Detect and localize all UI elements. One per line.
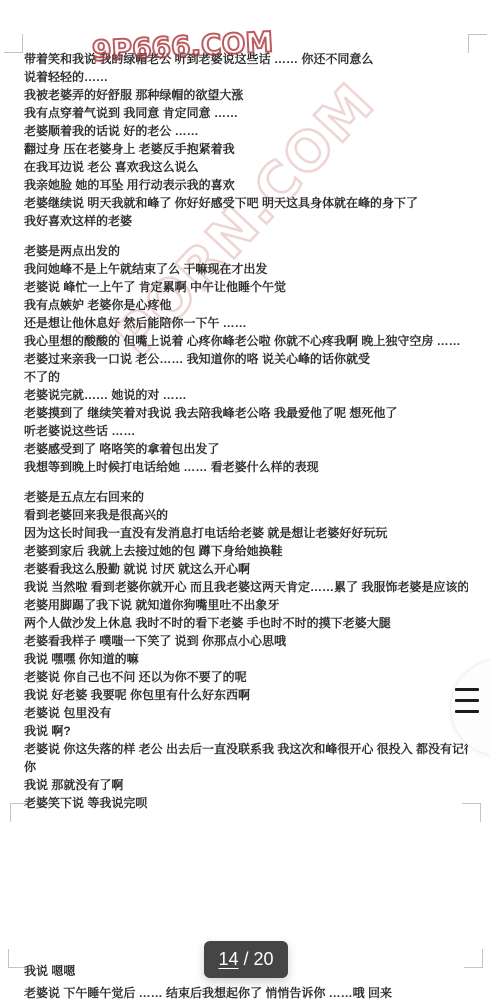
text-line: 我说 好老婆 我要呢 你包里有什么好东西啊 [24, 686, 468, 704]
text-line: 老婆是两点出发的 [24, 242, 468, 260]
text-line: 老婆说 你这失落的样 老公 出去后一直没联系我 我这次和峰很开心 很投入 都没有… [24, 740, 468, 758]
text-line: 老婆说 包里没有 [24, 704, 468, 722]
hamburger-bar [455, 688, 479, 691]
text-line: 我问她峰不是上午就结束了么 干嘛现在才出发 [24, 260, 468, 278]
text-line: 老婆顺着我的话说 好的老公 …… [24, 122, 468, 140]
text-line: 老婆看我样子 噗嗤一下笑了 说到 你那点小心思哦 [24, 632, 468, 650]
text-line: 我有点穿着气说到 我同意 肯定同意 …… [24, 104, 468, 122]
text-line: 我有点嫉妒 老婆你是心疼他 [24, 296, 468, 314]
text-line: 我说 那就没有了啊 [24, 776, 468, 794]
text-line: 我说 当然啦 看到老婆你就开心 而且我老婆这两天肯定……累了 我服饰老婆是应该的 [24, 578, 468, 596]
text-line: 老婆摸到了 继续笑着对我说 我去陪我峰老公咯 我最爱他了呢 想死他了 [24, 404, 468, 422]
text-line: 老婆过来亲我一口说 老公…… 我知道你的咯 说关心峰的话你就受 [24, 350, 468, 368]
text-line: 老婆说完就…… 她说的对 …… [24, 386, 468, 404]
document-page-text: 带着笑和我说 我的绿帽老公 听到老婆说这些话 …… 你还不同意么说着轻轻的……我… [24, 50, 468, 812]
text-line: 老婆继续说 明天我就和峰了 你好好感受下吧 明天这具身体就在峰的身下了 [24, 194, 468, 212]
text-line: 我说 啊? [24, 722, 468, 740]
page-separator: / [238, 949, 253, 970]
text-line: 老婆说 峰忙一上午了 肯定累啊 中午让他睡个午觉 [24, 278, 468, 296]
text-line: 老婆看我这么殷勤 就说 讨厌 就这么开心啊 [24, 560, 468, 578]
paragraph: 老婆是五点左右回来的看到老婆回来我是很高兴的因为这长时间我一直没有发消息打电话给… [24, 488, 468, 812]
text-line: 老婆说 下午睡午觉后 …… 结束后我想起你了 悄悄告诉你 ……哦 回来 [24, 982, 484, 1000]
text-line: 说着轻轻的…… [24, 68, 468, 86]
text-line: 老婆到家后 我就上去接过她的包 蹲下身给她换鞋 [24, 542, 468, 560]
paragraph: 带着笑和我说 我的绿帽老公 听到老婆说这些话 …… 你还不同意么说着轻轻的……我… [24, 50, 468, 230]
hamburger-bar [455, 699, 479, 702]
text-line: 在我耳边说 老公 喜欢我这么说么 [24, 158, 468, 176]
text-line: 我想等到晚上时候打电话给她 …… 看老婆什么样的表现 [24, 458, 468, 476]
page-corner-mark [468, 34, 487, 53]
hamburger-bar [455, 710, 479, 713]
text-line: 因为这长时间我一直没有发消息打电话给老婆 就是想让老婆好好玩玩 [24, 524, 468, 542]
text-line: 老婆说 你自己也不问 还以为你不要了的呢 [24, 668, 468, 686]
text-line: 看到老婆回来我是很高兴的 [24, 506, 468, 524]
text-line: 老婆用脚踢了我下说 就知道你狗嘴里吐不出象牙 [24, 596, 468, 614]
text-line: 不了的 [24, 368, 468, 386]
text-line: 翻过身 压在老婆身上 老婆反手抱紧着我 [24, 140, 468, 158]
hamburger-menu-icon[interactable] [455, 688, 479, 713]
text-line: 还是想让他休息好 然后能陪你一下午 …… [24, 314, 468, 332]
total-page-number: 20 [254, 949, 274, 970]
text-line: 老婆是五点左右回来的 [24, 488, 468, 506]
paragraph: 老婆是两点出发的我问她峰不是上午就结束了么 干嘛现在才出发老婆说 峰忙一上午了 … [24, 242, 468, 476]
current-page-number: 14 [218, 949, 238, 970]
page-corner-mark [4, 34, 23, 53]
text-line: 你 [24, 758, 468, 776]
text-line: 我说 嘿嘿 你知道的嘛 [24, 650, 468, 668]
text-line: 我被老婆弄的好舒服 那种绿帽的欲望大涨 [24, 86, 468, 104]
text-line: 我亲她脸 她的耳坠 用行动表示我的喜欢 [24, 176, 468, 194]
text-line: 听老婆说这些话 …… [24, 422, 468, 440]
text-line: 老婆感受到了 咯咯笑的拿着包出发了 [24, 440, 468, 458]
text-line: 两个人做沙发上休息 我时不时的看下老婆 手也时不时的摸下老婆大腿 [24, 614, 468, 632]
text-line: 我心里想的酸酸的 但嘴上说着 心疼你峰老公啦 你就不心疼我啊 晚上独守空房 …… [24, 332, 468, 350]
text-line: 老婆笑下说 等我说完呗 [24, 794, 468, 812]
page-indicator[interactable]: 14 / 20 [204, 941, 288, 978]
text-line: 我好喜欢这样的老婆 [24, 212, 468, 230]
